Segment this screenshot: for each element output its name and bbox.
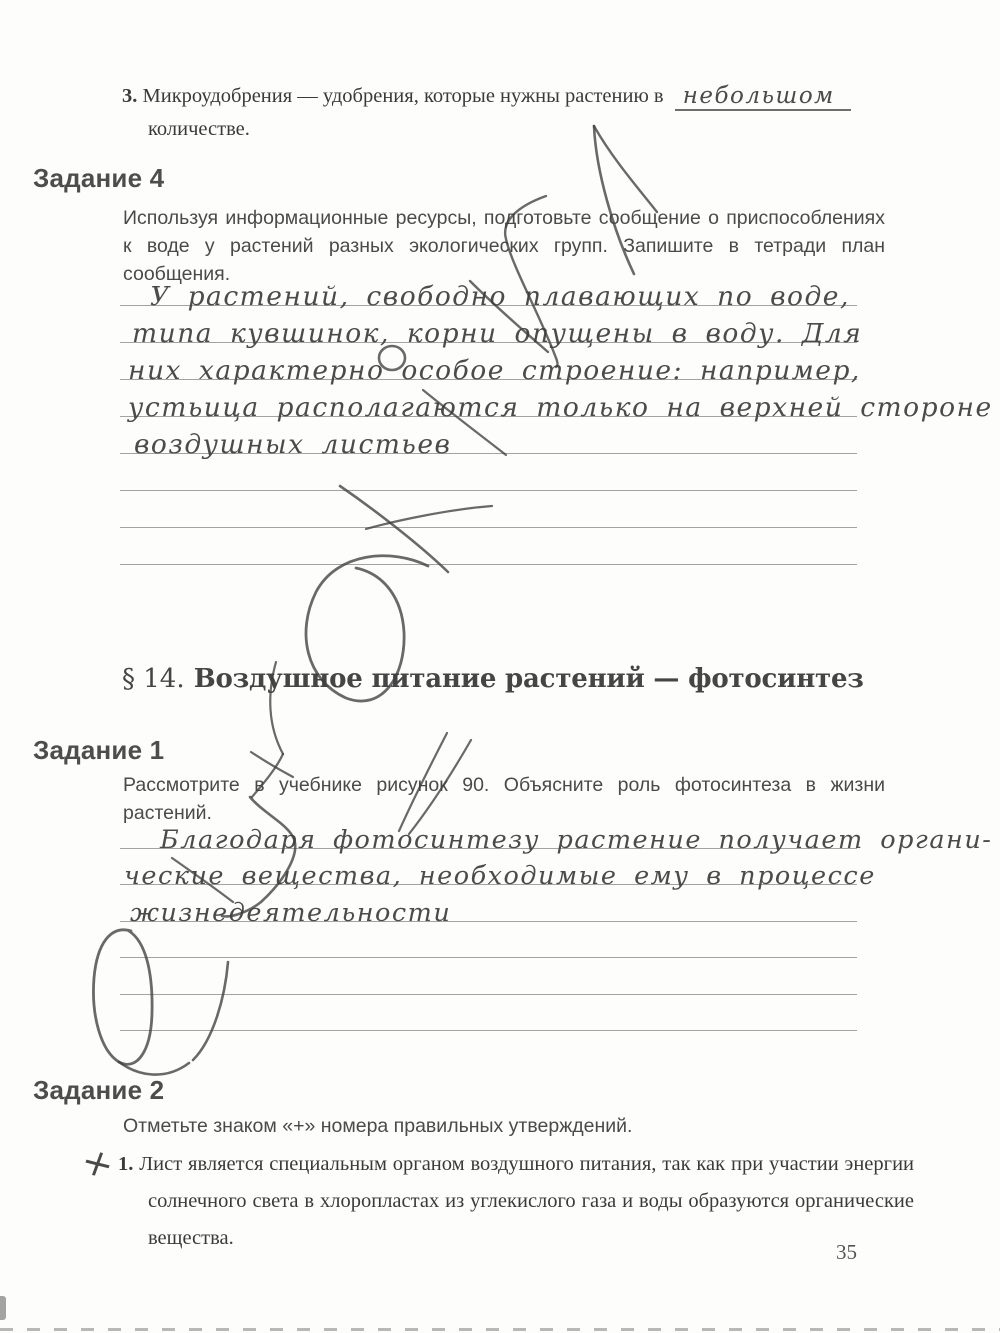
handwritten-answer-line: Благодаря фотосинтезу растение получает … xyxy=(120,828,992,853)
section-heading: § 14. Воздушное питание растений — фотос… xyxy=(122,664,922,694)
ruled-line xyxy=(120,491,857,528)
section-number: § 14. xyxy=(122,664,185,694)
handwritten-answer-line: них характерно особое строение: например… xyxy=(120,358,861,384)
ruled-line xyxy=(120,995,857,1032)
workbook-page: 3. Микроудобрения — удобрения, которые н… xyxy=(0,0,1000,1333)
handwritten-plus-mark: + xyxy=(75,1138,121,1187)
handwritten-answer-line: воздушных листьев xyxy=(120,432,451,458)
handwritten-answer-line: жизнедеятельности xyxy=(120,901,451,926)
scan-edge-artifact xyxy=(0,1328,1000,1331)
handwritten-answer-line: типа кувшинок, корни опущены в воду. Для xyxy=(120,321,862,347)
statement-number: 1. xyxy=(118,1153,133,1175)
ruled-line: Благодаря фотосинтезу растение получает … xyxy=(120,812,857,849)
handwritten-answer-line: ческие вещества, необходимые ему в проце… xyxy=(120,864,876,889)
task1-heading: Задание 1 xyxy=(33,735,164,766)
handwritten-answer-line: У растений, свободно плавающих по воде, xyxy=(120,284,850,310)
ruled-line xyxy=(120,528,857,565)
handwritten-answer-line: устьица располагаются только на верхней … xyxy=(120,395,993,421)
scan-smudge xyxy=(0,1296,6,1320)
item-text-before: Микроудобрения — удобрения, которые нужн… xyxy=(143,85,664,107)
item-number: 3. xyxy=(122,85,137,107)
answer-lines-task1: Благодаря фотосинтезу растение получает … xyxy=(120,812,857,1031)
statement-1: 1. Лист является специальным органом воз… xyxy=(118,1146,914,1257)
ruled-line xyxy=(120,958,857,995)
handwritten-fill-in-answer: небольшом xyxy=(675,85,851,111)
answer-lines-task4: У растений, свободно плавающих по воде, … xyxy=(120,269,857,565)
task4-heading: Задание 4 xyxy=(33,163,164,194)
statement-text: Лист является специальным органом воздуш… xyxy=(139,1153,914,1249)
section-title: Воздушное питание растений — фотосинтез xyxy=(194,664,864,694)
task2-instruction: Отметьте знаком «+» номера правильных ут… xyxy=(123,1112,885,1140)
ruled-line: У растений, свободно плавающих по воде, xyxy=(120,269,857,306)
page-number: 35 xyxy=(836,1240,857,1265)
item-text-after: количестве. xyxy=(148,118,250,140)
fill-in-item-3: 3. Микроудобрения — удобрения, которые н… xyxy=(148,80,918,146)
task2-heading: Задание 2 xyxy=(33,1075,164,1106)
